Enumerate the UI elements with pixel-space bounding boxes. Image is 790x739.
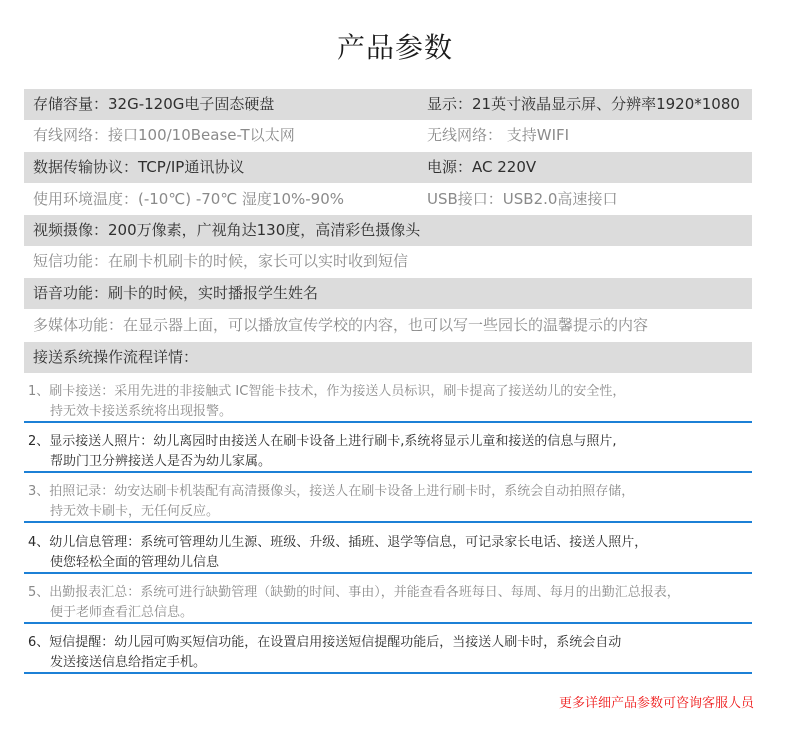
flow-item-text-cont: 持无效卡刷卡，无任何反应。 xyxy=(50,500,219,519)
spec-display: 显示：21英寸液晶显示屏、分辨率1920*1080 xyxy=(427,89,740,120)
spec-row: 有线网络：接口100/10Bease-T以太网 无线网络： 支持WIFI xyxy=(24,120,752,151)
spec-protocol: 数据传输协议：TCP/IP通讯协议 xyxy=(33,152,244,183)
flow-item-text: 2、显示接送人照片：幼儿离园时由接送人在刷卡设备上进行刷卡,系统将显示儿童和接送… xyxy=(28,430,617,449)
spec-row: 数据传输协议：TCP/IP通讯协议 电源：AC 220V xyxy=(24,152,752,183)
spec-row: 语音功能：刷卡的时候，实时播报学生姓名 xyxy=(24,278,752,309)
flow-item: 3、拍照记录：幼安达刷卡机装配有高清摄像头，接送人在刷卡设备上进行刷卡时，系统会… xyxy=(24,474,752,523)
contact-support-note: 更多详细产品参数可咨询客服人员 xyxy=(559,692,754,711)
spec-wired-network: 有线网络：接口100/10Bease-T以太网 xyxy=(33,120,295,151)
flow-item-text-cont: 发送接送信息给指定手机。 xyxy=(50,651,206,670)
spec-camera: 视频摄像：200万像素，广视角达130度，高清彩色摄像头 xyxy=(33,215,420,246)
spec-row: 多媒体功能：在显示器上面，可以播放宣传学校的内容，也可以写一些园长的温馨提示的内… xyxy=(24,310,752,341)
flow-item-text-cont: 使您轻松全面的管理幼儿信息 xyxy=(50,551,219,570)
spec-row: 存储容量：32G-120G电子固态硬盘 显示：21英寸液晶显示屏、分辨率1920… xyxy=(24,89,752,120)
flow-item: 4、幼儿信息管理：系统可管理幼儿生源、班级、升级、插班、退学等信息，可记录家长电… xyxy=(24,525,752,574)
spec-sms: 短信功能：在刷卡机刷卡的时候，家长可以实时收到短信 xyxy=(33,246,408,277)
flow-item-text: 4、幼儿信息管理：系统可管理幼儿生源、班级、升级、插班、退学等信息，可记录家长电… xyxy=(28,531,647,550)
spec-row: 短信功能：在刷卡机刷卡的时候，家长可以实时收到短信 xyxy=(24,246,752,277)
flow-item-text-cont: 便于老师查看汇总信息。 xyxy=(50,601,193,620)
flow-section-title: 接送系统操作流程详情： xyxy=(33,342,198,373)
page-title: 产品参数 xyxy=(0,26,790,66)
spec-environment: 使用环境温度：(-10℃) -70℃ 湿度10%-90% xyxy=(33,184,344,215)
spec-voice: 语音功能：刷卡的时候，实时播报学生姓名 xyxy=(33,278,318,309)
flow-item: 6、短信提醒：幼儿园可购买短信功能，在设置启用接送短信提醒功能后，当接送人刷卡时… xyxy=(24,625,752,674)
flow-item: 2、显示接送人照片：幼儿离园时由接送人在刷卡设备上进行刷卡,系统将显示儿童和接送… xyxy=(24,424,752,473)
flow-item-text: 5、出勤报表汇总：系统可进行缺勤管理（缺勤的时间、事由），并能查看各班每日、每周… xyxy=(28,581,680,600)
flow-item: 5、出勤报表汇总：系统可进行缺勤管理（缺勤的时间、事由），并能查看各班每日、每周… xyxy=(24,575,752,624)
flow-item-text-cont: 帮助门卫分辨接送人是否为幼儿家属。 xyxy=(50,450,271,469)
flow-item-text: 3、拍照记录：幼安达刷卡机装配有高清摄像头，接送人在刷卡设备上进行刷卡时，系统会… xyxy=(28,480,634,499)
flow-item-text: 1、刷卡接送：采用先进的非接触式 IC智能卡技术，作为接送人员标识，刷卡提高了接… xyxy=(28,380,625,399)
section-header-flow: 接送系统操作流程详情： xyxy=(24,342,752,373)
spec-usb: USB接口：USB2.0高速接口 xyxy=(427,184,617,215)
flow-item-text: 6、短信提醒：幼儿园可购买短信功能，在设置启用接送短信提醒功能后，当接送人刷卡时… xyxy=(28,631,621,650)
spec-storage: 存储容量：32G-120G电子固态硬盘 xyxy=(33,89,274,120)
spec-power: 电源：AC 220V xyxy=(427,152,536,183)
flow-item-text-cont: 持无效卡接送系统将出现报警。 xyxy=(50,400,232,419)
spec-row: 使用环境温度：(-10℃) -70℃ 湿度10%-90% USB接口：USB2.… xyxy=(24,184,752,215)
spec-wireless-network: 无线网络： 支持WIFI xyxy=(427,120,569,151)
spec-multimedia: 多媒体功能：在显示器上面，可以播放宣传学校的内容，也可以写一些园长的温馨提示的内… xyxy=(33,310,648,341)
flow-item: 1、刷卡接送：采用先进的非接触式 IC智能卡技术，作为接送人员标识，刷卡提高了接… xyxy=(24,374,752,423)
spec-row: 视频摄像：200万像素，广视角达130度，高清彩色摄像头 xyxy=(24,215,752,246)
